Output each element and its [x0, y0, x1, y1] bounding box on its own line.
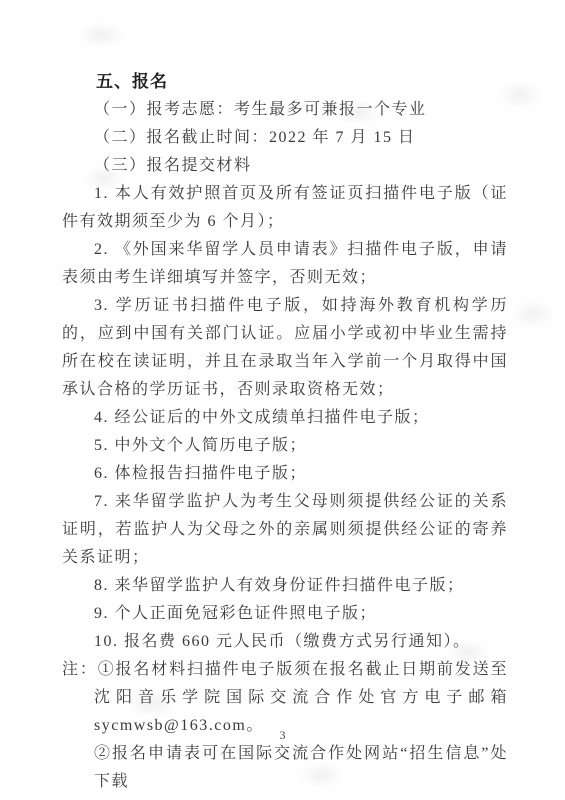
material-item: 6. 体检报告扫描件电子版； — [62, 460, 508, 488]
document-page: 五、报名 （一）报考志愿：考生最多可兼报一个专业 （二）报名截止时间：2022 … — [0, 0, 565, 800]
page-number: 3 — [0, 728, 565, 743]
material-item: 5. 中外文个人简历电子版； — [62, 432, 508, 460]
sub-item: （一）报考志愿：考生最多可兼报一个专业 — [62, 96, 508, 124]
document-content: 五、报名 （一）报考志愿：考生最多可兼报一个专业 （二）报名截止时间：2022 … — [62, 68, 508, 796]
scan-smudge — [78, 22, 124, 48]
sub-item: （三）报名提交材料 — [62, 152, 508, 180]
material-item: 2. 《外国来华留学人员申请表》扫描件电子版，申请表须由考生详细填写并签字，否则… — [62, 236, 508, 292]
note-item: ②报名申请表可在国际交流合作处网站“招生信息”处下载 — [94, 740, 508, 796]
section-heading: 五、报名 — [62, 68, 508, 96]
material-item: 9. 个人正面免冠彩色证件照电子版； — [62, 600, 508, 628]
material-item: 10. 报名费 660 元人民币（缴费方式另行通知）。 — [62, 628, 508, 656]
material-item: 1. 本人有效护照首页及所有签证页扫描件电子版（证件有效期须至少为 6 个月）； — [62, 180, 508, 236]
material-item: 7. 来华留学监护人为考生父母则须提供经公证的关系证明，若监护人为父母之外的亲属… — [62, 488, 508, 572]
material-item: 8. 来华留学监护人有效身份证件扫描件电子版； — [62, 572, 508, 600]
material-item: 3. 学历证书扫描件电子版，如持海外教育机构学历的，应到中国有关部门认证。应届小… — [62, 292, 508, 404]
material-item: 4. 经公证后的中外文成绩单扫描件电子版； — [62, 404, 508, 432]
sub-item: （二）报名截止时间：2022 年 7 月 15 日 — [62, 124, 508, 152]
scan-smudge — [512, 300, 554, 328]
